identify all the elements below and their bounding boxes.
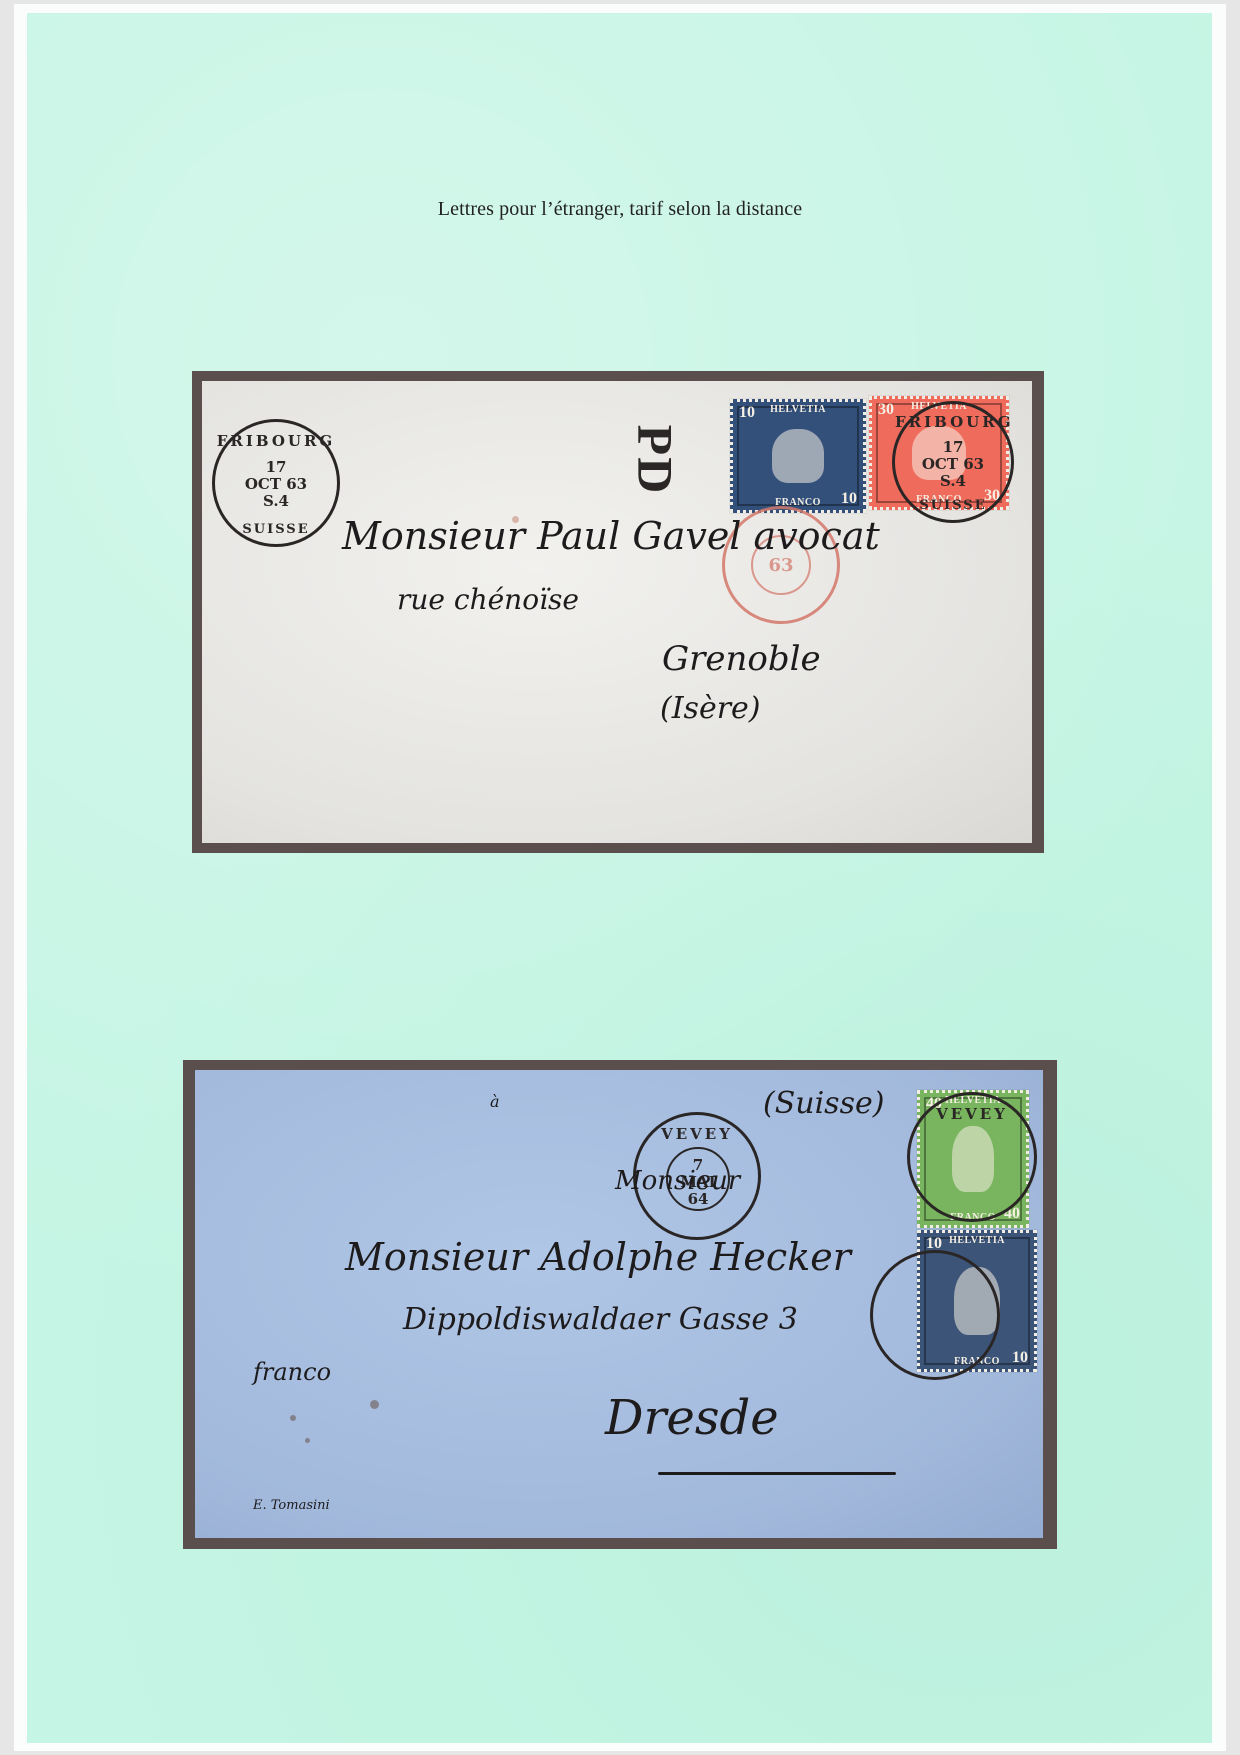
- cover2-routing: (Suisse): [763, 1086, 884, 1121]
- cover1-envelope: FRIBOURG 17 OCT 63 S.4 SUISSE PD HELVETI…: [202, 381, 1032, 843]
- ink-spot: [370, 1400, 379, 1409]
- cover2-postmark-on-stamp-10: [870, 1250, 1000, 1380]
- postmark-day: 17: [215, 459, 337, 476]
- stamp-value: 10: [841, 490, 857, 508]
- cover1-address-line3: Grenoble: [662, 639, 821, 679]
- postmark-town: FRIBOURG: [895, 413, 1011, 431]
- postmark-month-year: OCT 63: [215, 476, 337, 493]
- ink-spot: [305, 1438, 310, 1443]
- pd-marking: PD: [626, 425, 684, 496]
- postmark-series: S.4: [895, 473, 1011, 490]
- postmark-series: S.4: [215, 493, 337, 510]
- signature: E. Tomasini: [253, 1498, 330, 1513]
- postmark-country: SUISSE: [895, 498, 1011, 513]
- postmark-date: 17 OCT 63 S.4: [895, 439, 1011, 490]
- red-entry-mark-year: 63: [753, 555, 809, 576]
- postmark-country: SUISSE: [215, 522, 337, 537]
- helvetia-figure-icon: [772, 429, 824, 483]
- postmark-date: 17 OCT 63 S.4: [215, 459, 337, 510]
- cover2-address-line4: Dresde: [605, 1390, 779, 1446]
- postmark-town: FRIBOURG: [215, 432, 337, 450]
- ink-spot: [290, 1415, 296, 1421]
- cover1-address-line4: (Isère): [660, 691, 761, 726]
- destination-underline: [658, 1472, 896, 1475]
- cover1-address-line2: rue chénoïse: [397, 583, 579, 616]
- postmark-day: 17: [895, 439, 1011, 456]
- page-title: Lettres pour l’étranger, tarif selon la …: [0, 198, 1240, 221]
- stamp-value: 10: [739, 404, 755, 422]
- cover2-address-line2: Monsieur Adolphe Hecker: [345, 1235, 851, 1279]
- cover2-envelope: à (Suisse) VEVEY 7 MAI 64 HELVETIA FRANC…: [195, 1070, 1043, 1538]
- cover2-address-line1: Monsieur: [615, 1166, 740, 1196]
- cover2-postmark-on-stamp-40: VEVEY: [907, 1092, 1037, 1222]
- cover2-address-line3: Dippoldiswaldaer Gasse 3: [403, 1302, 798, 1337]
- cover1-postmark-on-stamp: FRIBOURG 17 OCT 63 S.4 SUISSE: [892, 401, 1014, 523]
- stamp-value: 10: [1012, 1349, 1028, 1367]
- postmark-town: VEVEY: [636, 1125, 758, 1143]
- stamp-10c-blue: HELVETIA FRANCO 10 10: [730, 399, 866, 513]
- franco-note: franco: [253, 1358, 331, 1386]
- ink-spot: [512, 516, 519, 523]
- postmark-town: VEVEY: [910, 1105, 1034, 1123]
- cover1-postmark-left: FRIBOURG 17 OCT 63 S.4 SUISSE: [212, 419, 340, 547]
- stamp-value: 30: [878, 401, 894, 419]
- cover2-note-top: à: [490, 1092, 500, 1111]
- postmark-month-year: OCT 63: [895, 456, 1011, 473]
- cover1-address-line1: Monsieur Paul Gavel avocat: [342, 514, 880, 558]
